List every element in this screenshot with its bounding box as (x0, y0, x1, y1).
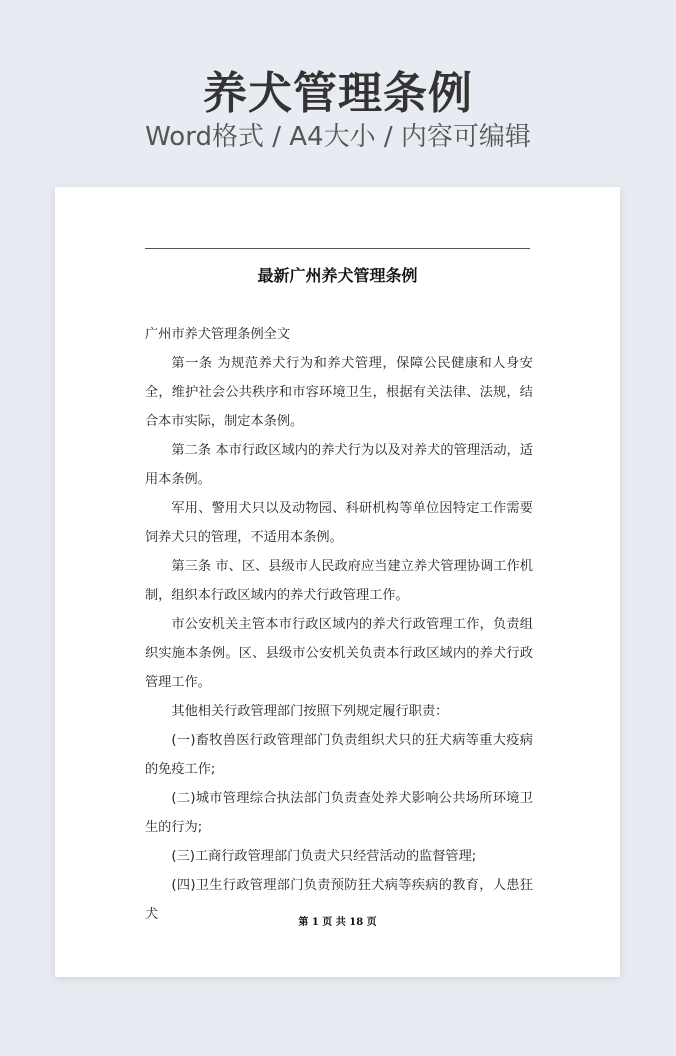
paragraph: (一)畜牧兽医行政管理部门负责组织犬只的狂犬病等重大疫病的免疫工作; (145, 726, 533, 784)
document-page: 最新广州养犬管理条例 广州市养犬管理条例全文 第一条 为规范养犬行为和养犬管理，… (55, 187, 620, 977)
document-title: 最新广州养犬管理条例 (145, 265, 530, 287)
paragraph: 市公安机关主管本市行政区域内的养犬行政管理工作，负责组织实施本条例。区、县级市公… (145, 610, 533, 697)
paragraph: 第二条 本市行政区域内的养犬行为以及对养犬的管理活动，适用本条例。 (145, 436, 533, 494)
paragraph: 其他相关行政管理部门按照下列规定履行职责： (145, 697, 533, 726)
paragraph: (三)工商行政管理部门负责犬只经营活动的监督管理; (145, 842, 533, 871)
paragraph: 第三条 市、区、县级市人民政府应当建立养犬管理协调工作机制，组织本行政区域内的养… (145, 552, 533, 610)
paragraph: 第一条 为规范养犬行为和养犬管理，保障公民健康和人身安全，维护社会公共秩序和市容… (145, 349, 533, 436)
hero-title: 养犬管理条例 (0, 68, 676, 120)
header-rule (145, 248, 530, 249)
paragraph: (二)城市管理综合执法部门负责查处养犬影响公共场所环境卫生的行为; (145, 784, 533, 842)
page-number-footer: 第 1 页 共 18 页 (145, 913, 530, 928)
paragraph: 军用、警用犬只以及动物园、科研机构等单位因特定工作需要饲养犬只的管理，不适用本条… (145, 494, 533, 552)
paragraph: 广州市养犬管理条例全文 (145, 320, 533, 349)
document-body: 广州市养犬管理条例全文 第一条 为规范养犬行为和养犬管理，保障公民健康和人身安全… (145, 320, 533, 929)
hero-subtitle: Word格式 / A4大小 / 内容可编辑 (0, 120, 676, 154)
